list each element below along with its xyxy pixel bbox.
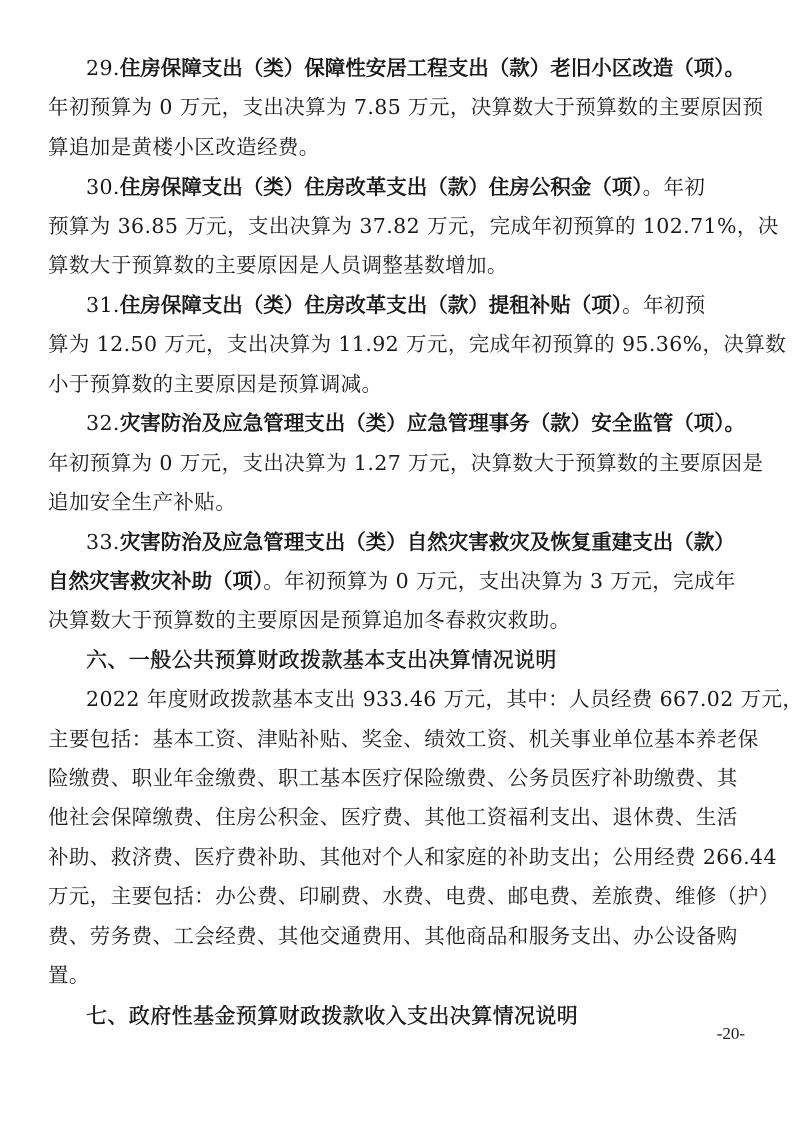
body-text-line: 年初预算为 0 万元，支出决算为 7.85 万元，决算数大于预算数的主要原因预	[48, 87, 748, 127]
item-title-tail: 。年初预	[622, 293, 706, 317]
item-title: 住房保障支出（类）保障性安居工程支出（款）老旧小区改造（项）。	[120, 56, 745, 80]
item-number: 30.	[86, 175, 120, 199]
body-text-line: 2022 年度财政拨款基本支出 933.46 万元，其中：人员经费 667.02…	[86, 679, 748, 719]
item-title: 灾害防治及应急管理支出（类）应急管理事务（款）安全监管（项）。	[120, 411, 745, 435]
body-text-line: 他社会保障缴费、住房公积金、医疗费、其他工资福利支出、退休费、生活	[48, 797, 748, 837]
body-text-line: 主要包括：基本工资、津贴补贴、奖金、绩效工资、机关事业单位基本养老保	[48, 719, 748, 759]
item-number: 32.	[86, 411, 120, 435]
body-text-line: 决算数大于预算数的主要原因是预算追加冬春救灾救助。	[48, 600, 748, 640]
body-text-line: 费、劳务费、工会经费、其他交通费用、其他商品和服务支出、办公设备购	[48, 916, 748, 956]
item-31-title-line: 31.住房保障支出（类）住房改革支出（款）提租补贴（项）。年初预	[86, 285, 748, 325]
item-number: 33.	[86, 530, 120, 554]
body-text-line: 年初预算为 0 万元，支出决算为 1.27 万元，决算数大于预算数的主要原因是	[48, 443, 748, 483]
item-33-title-line-2: 自然灾害救灾补助（项）。年初预算为 0 万元，支出决算为 3 万元，完成年	[48, 561, 748, 601]
section-6-heading: 六、一般公共预算财政拨款基本支出决算情况说明	[86, 640, 748, 680]
item-title-continued: 自然灾害救灾补助（项）	[48, 569, 263, 593]
body-text-line: 算数大于预算数的主要原因是人员调整基数增加。	[48, 245, 748, 285]
item-number: 31.	[86, 293, 120, 317]
body-text-line: 算为 12.50 万元，支出决算为 11.92 万元，完成年初预算的 95.36…	[48, 324, 748, 364]
item-title: 住房保障支出（类）住房改革支出（款）提租补贴（项）	[120, 293, 622, 317]
item-title: 灾害防治及应急管理支出（类）自然灾害救灾及恢复重建支出（款）	[120, 530, 735, 554]
body-text-line: 预算为 36.85 万元，支出决算为 37.82 万元，完成年初预算的 102.…	[48, 206, 748, 246]
page-number: -20-	[717, 1022, 745, 1046]
item-29-title-line: 29.住房保障支出（类）保障性安居工程支出（款）老旧小区改造（项）。	[86, 48, 748, 88]
body-text-line: 置。	[48, 955, 748, 995]
body-text-line: 险缴费、职业年金缴费、职工基本医疗保险缴费、公务员医疗补助缴费、其	[48, 758, 748, 798]
section-7-heading: 七、政府性基金预算财政拨款收入支出决算情况说明	[86, 996, 748, 1036]
item-title: 住房保障支出（类）住房改革支出（款）住房公积金（项）	[120, 175, 643, 199]
body-text-line: 追加安全生产补贴。	[48, 482, 748, 522]
body-text-line: 补助、救济费、医疗费补助、其他对个人和家庭的补助支出；公用经费 266.44	[48, 837, 748, 877]
body-text-line: 万元，主要包括：办公费、印刷费、水费、电费、邮电费、差旅费、维修（护）	[48, 876, 748, 916]
item-33-title-line: 33.灾害防治及应急管理支出（类）自然灾害救灾及恢复重建支出（款）	[86, 522, 748, 562]
document-page: 29.住房保障支出（类）保障性安居工程支出（款）老旧小区改造（项）。 年初预算为…	[0, 0, 793, 1122]
item-number: 29.	[86, 56, 120, 80]
item-32-title-line: 32.灾害防治及应急管理支出（类）应急管理事务（款）安全监管（项）。	[86, 403, 748, 443]
item-title-tail: 。年初预算为 0 万元，支出决算为 3 万元，完成年	[263, 569, 736, 593]
item-30-title-line: 30.住房保障支出（类）住房改革支出（款）住房公积金（项）。年初	[86, 167, 748, 207]
body-text-line: 小于预算数的主要原因是预算调减。	[48, 364, 748, 404]
body-text-line: 算追加是黄楼小区改造经费。	[48, 127, 748, 167]
item-title-tail: 。年初	[643, 175, 706, 199]
